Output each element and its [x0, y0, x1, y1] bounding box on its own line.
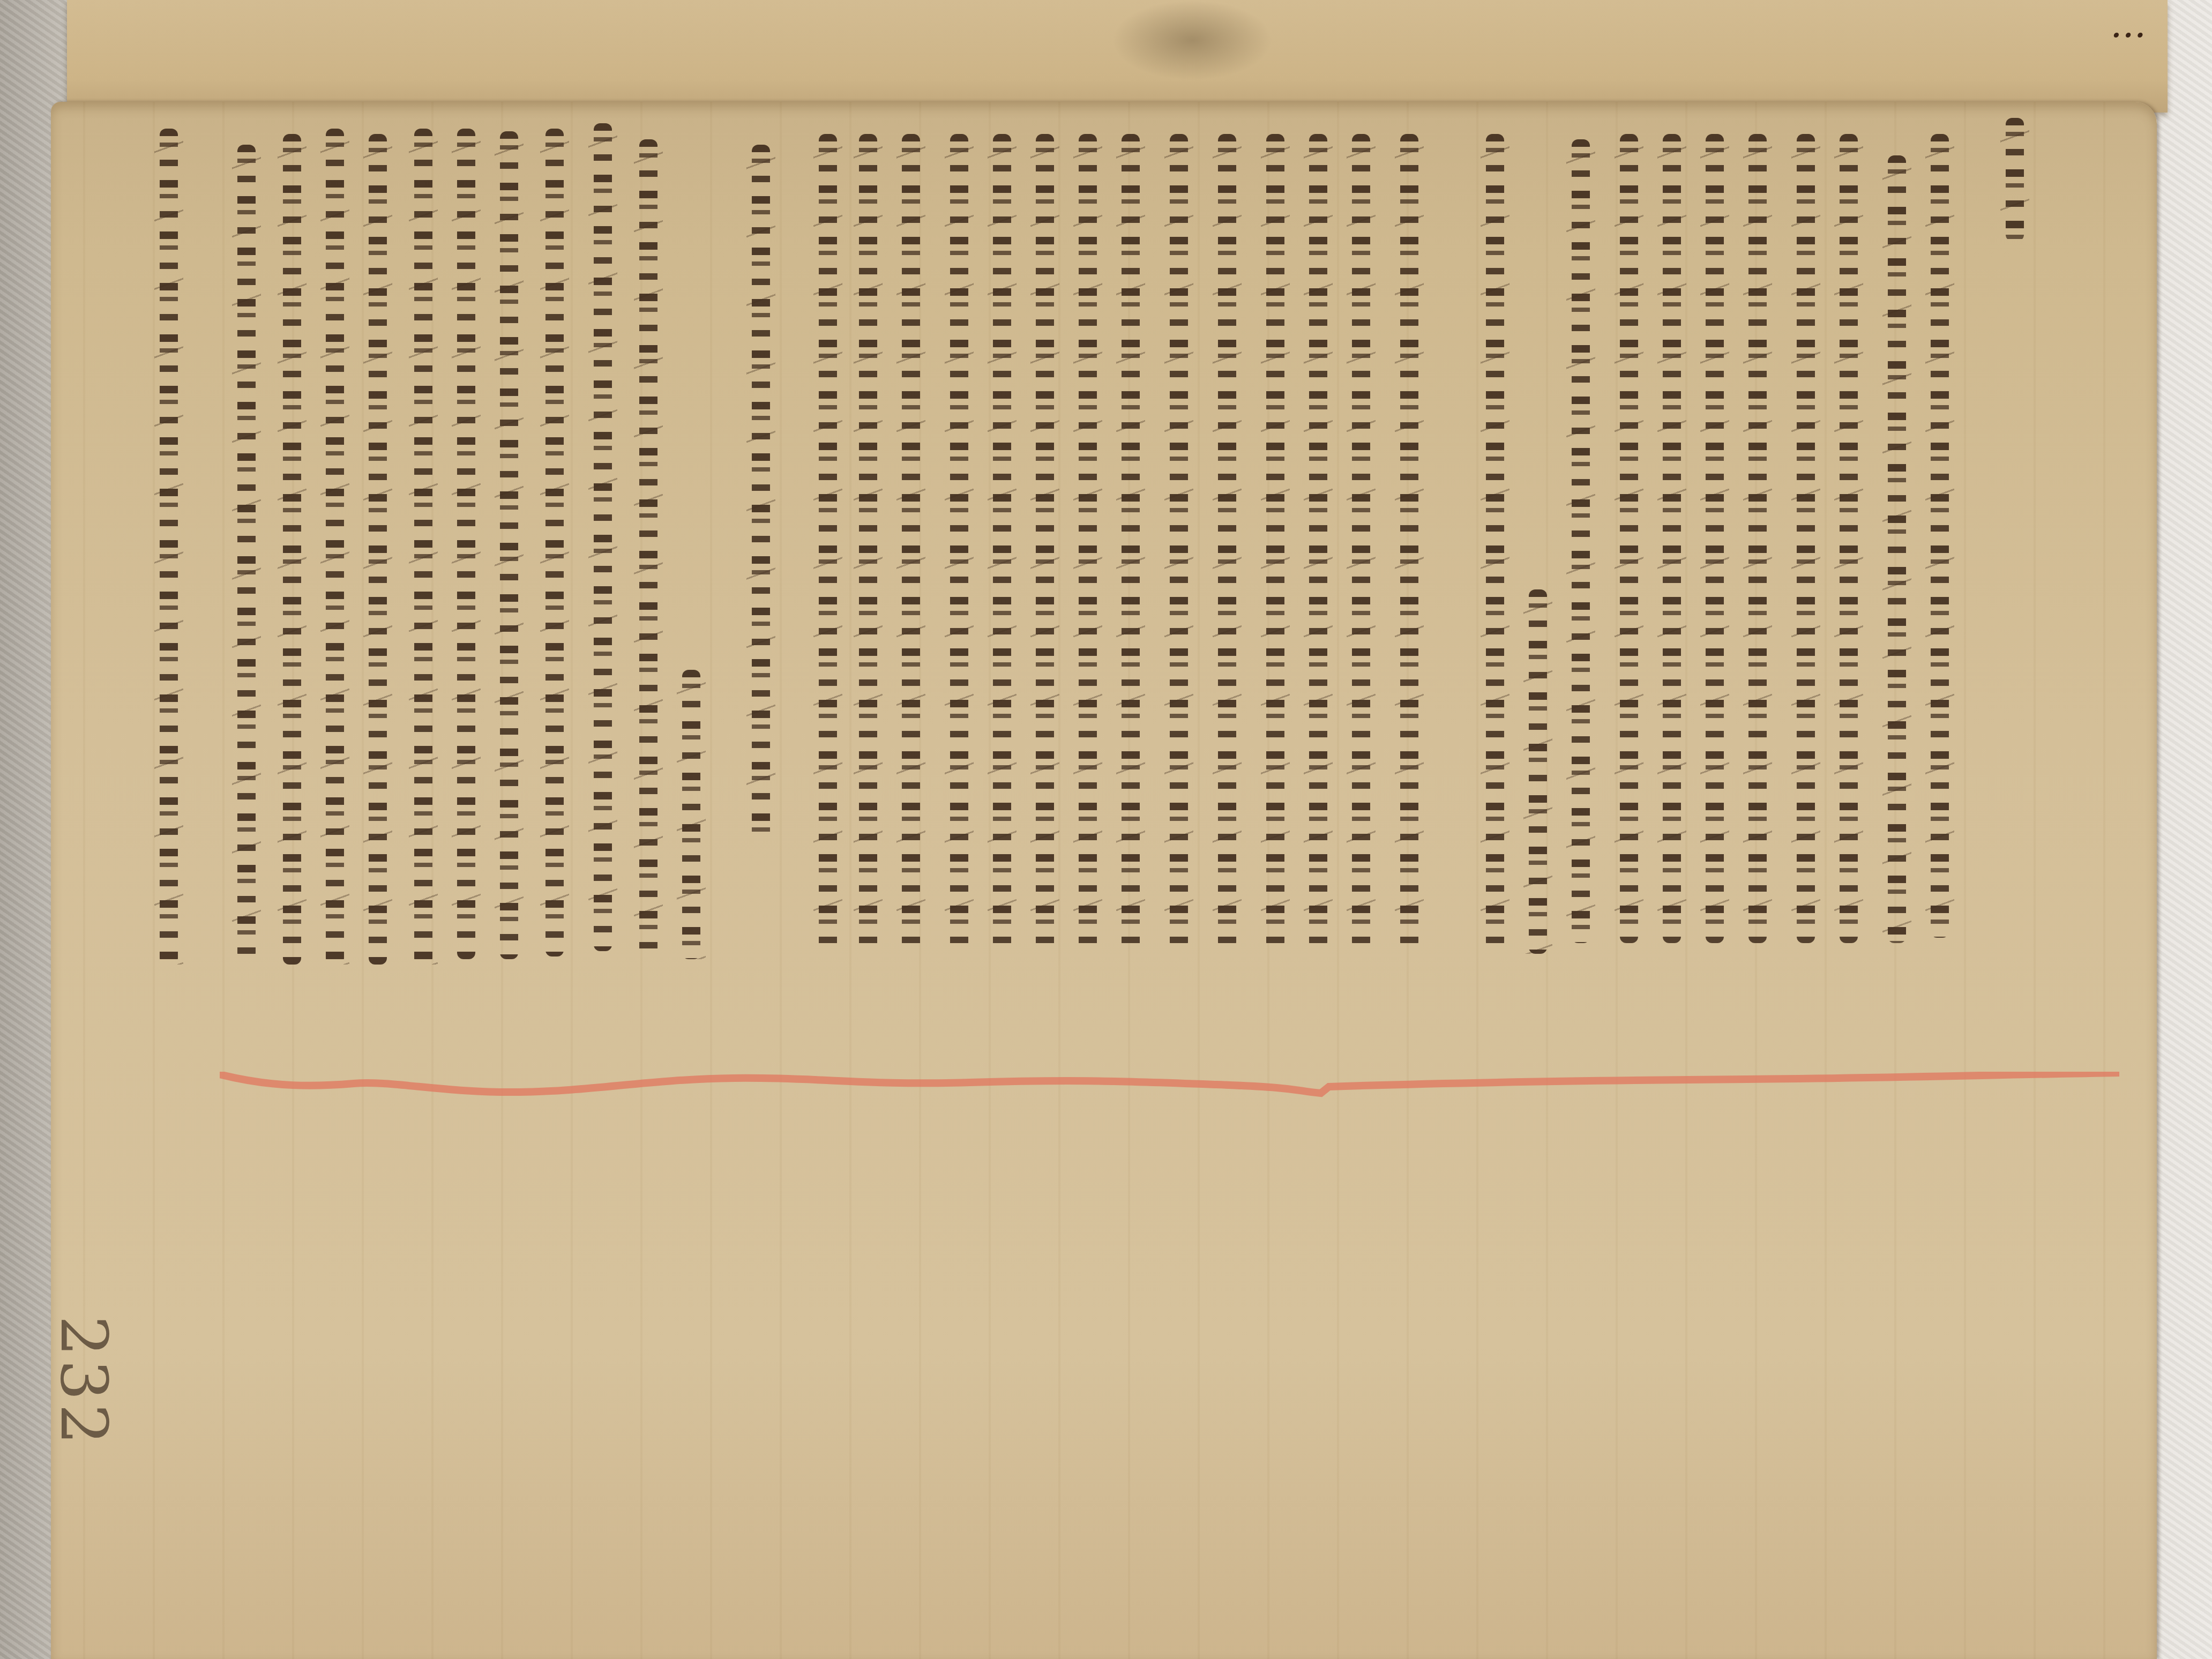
handwritten-line	[1663, 134, 1681, 943]
handwritten-line	[902, 134, 920, 954]
facing-page-edge: ...	[67, 0, 2168, 113]
handwritten-line	[1840, 134, 1858, 943]
handwritten-line	[1529, 589, 1547, 954]
handwritten-text-block	[51, 102, 2157, 1659]
handwritten-line	[326, 129, 344, 965]
manuscript-page: 232	[51, 102, 2157, 1659]
handwritten-line	[1797, 134, 1815, 943]
facing-page-stain	[1112, 0, 1273, 80]
handwritten-line	[1931, 134, 1949, 938]
facing-page-ink-fragment: ...	[2110, 2, 2146, 46]
handwritten-line	[993, 134, 1011, 954]
handwritten-line	[500, 131, 518, 959]
handwritten-line	[283, 134, 301, 965]
handwritten-line	[1036, 134, 1054, 954]
handwritten-line	[1486, 134, 1504, 948]
handwritten-line	[1309, 134, 1327, 948]
red-pencil-rule	[220, 1072, 2119, 1098]
handwritten-line	[457, 129, 475, 959]
handwritten-line	[160, 129, 178, 965]
handwritten-line	[414, 129, 432, 965]
handwritten-line	[819, 134, 837, 954]
handwritten-line	[1079, 134, 1097, 954]
handwritten-line	[1400, 134, 1418, 948]
handwritten-line	[1352, 134, 1370, 948]
handwritten-line	[1266, 134, 1284, 948]
handwritten-line	[1748, 134, 1767, 943]
handwritten-line	[950, 134, 968, 954]
handwritten-line	[639, 139, 657, 959]
handwritten-line	[237, 145, 256, 959]
handwritten-line	[1170, 134, 1188, 948]
handwritten-line	[1218, 134, 1236, 948]
handwritten-line	[2006, 118, 2024, 241]
handwritten-line	[682, 670, 700, 959]
handwritten-line	[545, 129, 564, 956]
handwritten-line	[369, 134, 387, 965]
handwritten-line	[1888, 155, 1906, 943]
handwritten-line	[594, 123, 612, 951]
handwritten-line	[752, 145, 770, 841]
handwritten-line	[859, 134, 877, 954]
handwritten-line	[1620, 134, 1638, 943]
handwritten-line	[1572, 139, 1590, 943]
folio-number: 232	[46, 1316, 121, 1448]
handwritten-line	[1122, 134, 1140, 954]
handwritten-line	[1706, 134, 1724, 943]
